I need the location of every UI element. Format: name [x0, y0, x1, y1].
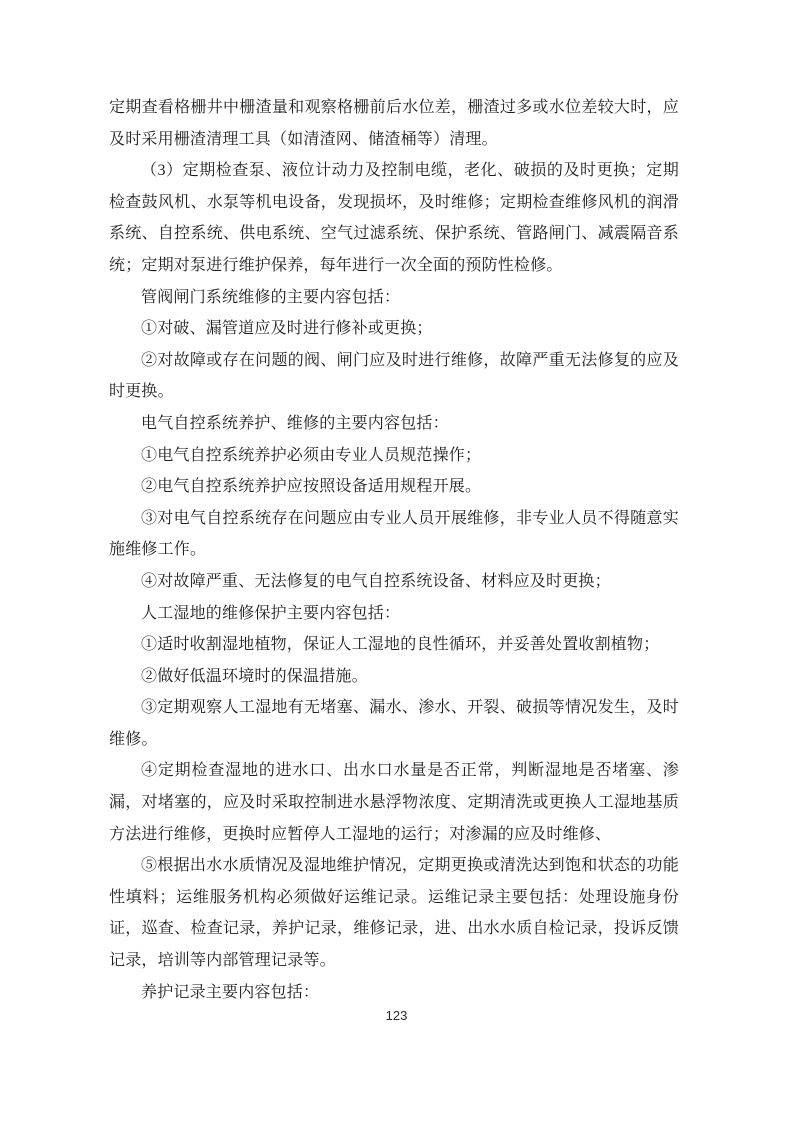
paragraph: 电气自控系统养护、维修的主要内容包括：: [109, 408, 679, 440]
paragraph: 养护记录主要内容包括：: [109, 977, 679, 1009]
paragraph: ②做好低温环境时的保温措施。: [109, 661, 679, 693]
paragraph: 管阀闸门系统维修的主要内容包括：: [109, 282, 679, 314]
paragraph: ④对故障严重、无法修复的电气自控系统设备、材料应及时更换；: [109, 566, 679, 598]
document-page: 定期查看格栅井中栅渣量和观察格栅前后水位差，栅渣过多或水位差较大时，应及时采用栅…: [0, 0, 793, 1122]
page-number: 123: [386, 1008, 408, 1023]
paragraph: ③对电气自控系统存在问题应由专业人员开展维修，非专业人员不得随意实施维修工作。: [109, 503, 679, 566]
paragraph: ②对故障或存在问题的阀、闸门应及时进行维修，故障严重无法修复的应及时更换。: [109, 345, 679, 408]
page-footer: 123: [0, 1007, 793, 1025]
paragraph: （3）定期检查泵、液位计动力及控制电缆，老化、破损的及时更换；定期检查鼓风机、水…: [109, 155, 679, 281]
paragraph: ①电气自控系统养护必须由专业人员规范操作；: [109, 440, 679, 472]
paragraph: ⑤根据出水水质情况及湿地维护情况，定期更换或清洗达到饱和状态的功能性填料；运维服…: [109, 850, 679, 976]
paragraph: ①适时收割湿地植物，保证人工湿地的良性循环，并妥善处置收割植物；: [109, 629, 679, 661]
paragraph: ④定期检查湿地的进水口、出水口水量是否正常，判断湿地是否堵塞、渗漏，对堵塞的，应…: [109, 755, 679, 850]
paragraph: ③定期观察人工湿地有无堵塞、漏水、渗水、开裂、破损等情况发生，及时维修。: [109, 692, 679, 755]
document-body: 定期查看格栅井中栅渣量和观察格栅前后水位差，栅渣过多或水位差较大时，应及时采用栅…: [109, 92, 679, 1008]
paragraph: 人工湿地的维修保护主要内容包括：: [109, 598, 679, 630]
paragraph: 定期查看格栅井中栅渣量和观察格栅前后水位差，栅渣过多或水位差较大时，应及时采用栅…: [109, 92, 679, 155]
paragraph: ①对破、漏管道应及时进行修补或更换；: [109, 313, 679, 345]
paragraph: ②电气自控系统养护应按照设备适用规程开展。: [109, 471, 679, 503]
